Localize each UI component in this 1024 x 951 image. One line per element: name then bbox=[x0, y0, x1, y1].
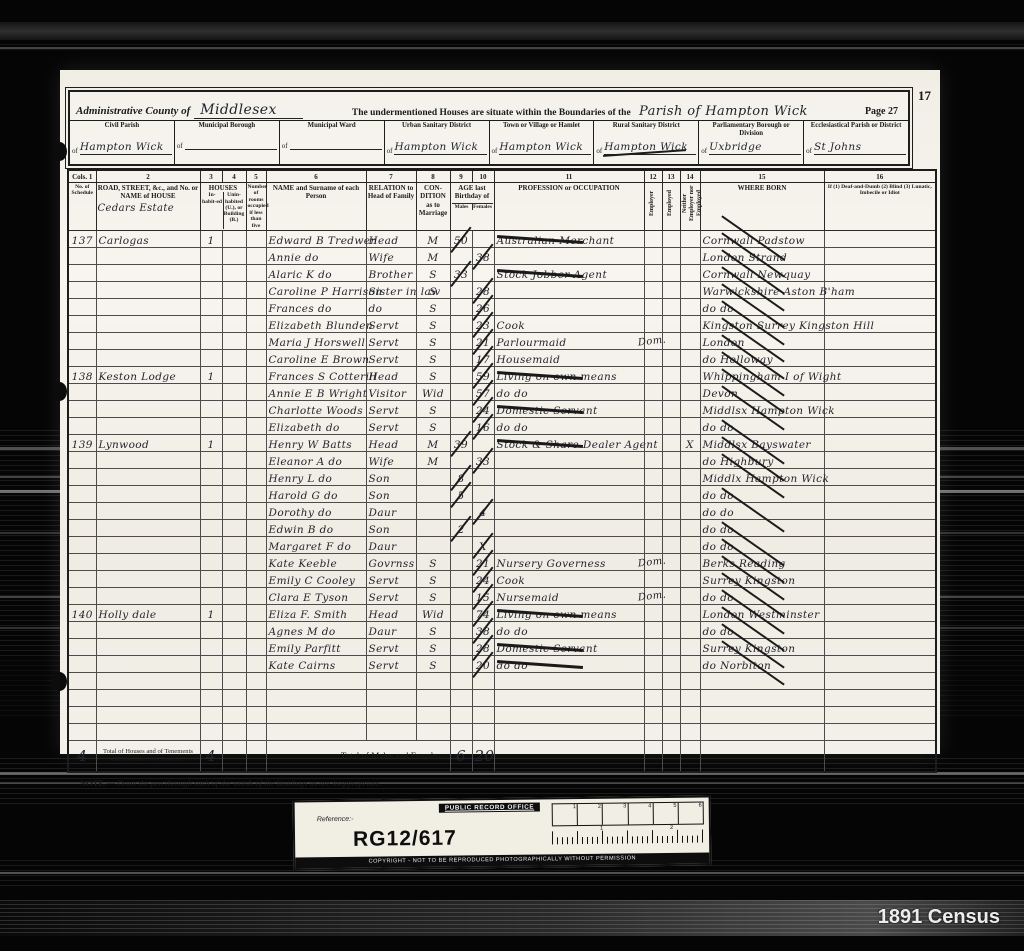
cell-rooms bbox=[246, 298, 266, 315]
column-numbers-row: Cols. 1 2 3 4 5 6 7 8 9 10 11 12 13 14 1… bbox=[68, 170, 936, 183]
cell-uninh bbox=[222, 706, 246, 723]
cell-uninh bbox=[222, 281, 246, 298]
cell-name: Elizabeth do bbox=[266, 417, 366, 434]
cell-rel: Son bbox=[366, 519, 416, 536]
pro-reference-sticker: PUBLIC RECORD OFFICE Reference:- RG12/61… bbox=[293, 795, 712, 870]
admin-county-label: Administrative County of bbox=[76, 105, 190, 117]
cell-uninh bbox=[222, 400, 246, 417]
cell-occ: do do bbox=[494, 621, 644, 638]
cell-born: Cornwall Padstow bbox=[700, 230, 824, 247]
cell-occ: Living on own means bbox=[494, 604, 644, 621]
cell-uninh bbox=[222, 587, 246, 604]
cell-rel: Servt bbox=[366, 570, 416, 587]
cell-empd bbox=[662, 247, 680, 264]
cell-infirm bbox=[824, 723, 936, 740]
cell-uninh bbox=[222, 468, 246, 485]
cell-occ bbox=[494, 298, 644, 315]
cell-house bbox=[96, 298, 200, 315]
cell-cond bbox=[416, 485, 450, 502]
cell-born: do do bbox=[700, 298, 824, 315]
census-row: 140Holly dale1Eliza F. SmithHeadWid74Liv… bbox=[68, 604, 936, 621]
cell-occ: Living on own means bbox=[494, 366, 644, 383]
cell-empd bbox=[662, 723, 680, 740]
cell-house: Carlogas bbox=[96, 230, 200, 247]
cell-occ: Cook bbox=[494, 570, 644, 587]
cell-name: Charlotte Woods bbox=[266, 400, 366, 417]
cell-emp bbox=[644, 519, 662, 536]
folio-number: 17 bbox=[918, 88, 931, 104]
cell-house bbox=[96, 655, 200, 672]
cell-emp bbox=[644, 638, 662, 655]
cell-name: Frances do bbox=[266, 298, 366, 315]
cell-uninh bbox=[222, 485, 246, 502]
cell-inh bbox=[200, 706, 222, 723]
cell-house bbox=[96, 519, 200, 536]
cell-inh bbox=[200, 281, 222, 298]
cell-house bbox=[96, 264, 200, 281]
cell-empd bbox=[662, 298, 680, 315]
cell-occ: Domestic Servant bbox=[494, 400, 644, 417]
census-row: Henry L doSon8Middlx Hampton Wick bbox=[68, 468, 936, 485]
cell-empd bbox=[662, 315, 680, 332]
punch-hole bbox=[52, 382, 67, 401]
cell-am bbox=[450, 655, 472, 672]
cell-born bbox=[700, 706, 824, 723]
cell-infirm bbox=[824, 604, 936, 621]
cell-empd bbox=[662, 451, 680, 468]
cell-cond: S bbox=[416, 638, 450, 655]
cell-infirm bbox=[824, 672, 936, 689]
cell-uninh bbox=[222, 689, 246, 706]
cell-cond: S bbox=[416, 621, 450, 638]
cell-born: do do bbox=[700, 536, 824, 553]
cell-occ bbox=[494, 247, 644, 264]
cell-rooms bbox=[246, 485, 266, 502]
cell-occ: Housemaid bbox=[494, 349, 644, 366]
cell-neither bbox=[680, 502, 700, 519]
cell-af bbox=[472, 689, 494, 706]
cell-rel: Head bbox=[366, 434, 416, 451]
cell-name: Clara E Tyson bbox=[266, 587, 366, 604]
census-row: Maria J HorswellServtS21ParlourmaidDom.L… bbox=[68, 332, 936, 349]
header-houses: HOUSES In-habit-ed Unin-habited (U.), or… bbox=[200, 183, 246, 231]
cell-cond: S bbox=[416, 417, 450, 434]
cell-af: 4 bbox=[472, 502, 494, 519]
cell-name: Annie do bbox=[266, 247, 366, 264]
cell-infirm bbox=[824, 417, 936, 434]
cell-sched bbox=[68, 638, 96, 655]
cell-house bbox=[96, 536, 200, 553]
cell-emp bbox=[644, 672, 662, 689]
cell-cond: S bbox=[416, 264, 450, 281]
cell-inh bbox=[200, 502, 222, 519]
cell-name: Edwin B do bbox=[266, 519, 366, 536]
census-row: Annie doWifeM38London Strand bbox=[68, 247, 936, 264]
cell-neither bbox=[680, 298, 700, 315]
header-rooms: Number of rooms occupied if less than fi… bbox=[246, 183, 266, 231]
census-row: Frances dodoS26do do bbox=[68, 298, 936, 315]
cell-house bbox=[96, 502, 200, 519]
cell-sched bbox=[68, 400, 96, 417]
cell-neither bbox=[680, 383, 700, 400]
cell-rel: Servt bbox=[366, 417, 416, 434]
cell-occ: Nursemaid bbox=[494, 587, 644, 604]
cell-inh bbox=[200, 587, 222, 604]
cell-rooms bbox=[246, 349, 266, 366]
copyright-strip: COPYRIGHT - NOT TO BE REPRODUCED PHOTOGR… bbox=[295, 852, 709, 868]
ruler-ticks: 1 2 bbox=[552, 824, 704, 851]
cell-house bbox=[96, 706, 200, 723]
cell-rel bbox=[366, 689, 416, 706]
cell-empd bbox=[662, 230, 680, 247]
cell-neither bbox=[680, 366, 700, 383]
cell-occ bbox=[494, 519, 644, 536]
totals-males: 6 bbox=[450, 740, 472, 772]
cell-house bbox=[96, 281, 200, 298]
cell-empd bbox=[662, 400, 680, 417]
cell-empd bbox=[662, 332, 680, 349]
cell-sched bbox=[68, 315, 96, 332]
cell-occ: do do bbox=[494, 655, 644, 672]
cell-neither bbox=[680, 553, 700, 570]
cell-born: Surrey Kingston bbox=[700, 570, 824, 587]
cell-rooms bbox=[246, 400, 266, 417]
cell-occ bbox=[494, 689, 644, 706]
cell-rel: Daur bbox=[366, 621, 416, 638]
cell-infirm bbox=[824, 638, 936, 655]
cell-emp bbox=[644, 706, 662, 723]
census-row: 137Carlogas1Edward B TredwenHeadM50Austr… bbox=[68, 230, 936, 247]
header-schedule: No. of Schedule bbox=[68, 183, 96, 231]
cell-sched bbox=[68, 502, 96, 519]
census-row: Emily ParfittServtS28Domestic ServantSur… bbox=[68, 638, 936, 655]
reference-number: RG12/617 bbox=[353, 827, 457, 852]
cell-empd bbox=[662, 281, 680, 298]
cell-name: Kate Keeble bbox=[266, 553, 366, 570]
cell-rooms bbox=[246, 468, 266, 485]
cell-name: Eliza F. Smith bbox=[266, 604, 366, 621]
cell-empd bbox=[662, 502, 680, 519]
cell-rooms bbox=[246, 366, 266, 383]
cell-empd bbox=[662, 655, 680, 672]
cell-empd bbox=[662, 570, 680, 587]
cell-neither bbox=[680, 230, 700, 247]
cell-inh bbox=[200, 570, 222, 587]
cell-house bbox=[96, 332, 200, 349]
cell-neither: X bbox=[680, 434, 700, 451]
cell-empd bbox=[662, 383, 680, 400]
header-neither: Neither Employer nor Employed bbox=[680, 183, 700, 231]
cell-inh: 1 bbox=[200, 230, 222, 247]
cell-am: 39 bbox=[450, 434, 472, 451]
cell-infirm bbox=[824, 689, 936, 706]
cell-inh bbox=[200, 672, 222, 689]
cell-infirm bbox=[824, 451, 936, 468]
cell-house bbox=[96, 587, 200, 604]
cell-born: Middlsx Hampton Wick bbox=[700, 400, 824, 417]
cell-born: do do bbox=[700, 587, 824, 604]
cell-uninh bbox=[222, 298, 246, 315]
cell-infirm bbox=[824, 587, 936, 604]
census-row: Emily C CooleyServtS24CookSurrey Kingsto… bbox=[68, 570, 936, 587]
cell-emp bbox=[644, 264, 662, 281]
cell-sched: 137 bbox=[68, 230, 96, 247]
cell-house bbox=[96, 383, 200, 400]
cell-neither bbox=[680, 264, 700, 281]
cell-inh bbox=[200, 298, 222, 315]
census-page: 17 Administrative County of Middlesex Th… bbox=[60, 70, 940, 754]
cell-rel: Head bbox=[366, 230, 416, 247]
cell-name: Alaric K do bbox=[266, 264, 366, 281]
film-streaks bbox=[0, 44, 1024, 54]
cell-am bbox=[450, 332, 472, 349]
cell-cond: S bbox=[416, 570, 450, 587]
form-header: Administrative County of Middlesex The u… bbox=[68, 90, 910, 166]
cell-uninh bbox=[222, 434, 246, 451]
cell-infirm bbox=[824, 655, 936, 672]
page-label: Page 27 bbox=[857, 106, 902, 119]
cell-rel: Head bbox=[366, 604, 416, 621]
cell-house bbox=[96, 638, 200, 655]
cell-am bbox=[450, 689, 472, 706]
cell-born: do do bbox=[700, 519, 824, 536]
cell-occ: do do bbox=[494, 383, 644, 400]
cell-emp bbox=[644, 536, 662, 553]
cell-sched bbox=[68, 587, 96, 604]
cell-house bbox=[96, 400, 200, 417]
cell-emp bbox=[644, 434, 662, 451]
cell-rel: Servt bbox=[366, 349, 416, 366]
cell-emp: Dom. bbox=[644, 587, 662, 604]
cell-am bbox=[450, 570, 472, 587]
district-urban-sanitary: Urban Sanitary District ofHampton Wick bbox=[384, 121, 489, 164]
cell-cond: S bbox=[416, 553, 450, 570]
census-row: Alaric K doBrotherS33Stock Jobber AgentC… bbox=[68, 264, 936, 281]
cell-rel: Son bbox=[366, 485, 416, 502]
cell-born bbox=[700, 672, 824, 689]
census-row: Charlotte WoodsServtS24Domestic ServantM… bbox=[68, 400, 936, 417]
census-row: Caroline P HarrisonSister in lawS28Warwi… bbox=[68, 281, 936, 298]
cell-name: Emily Parfitt bbox=[266, 638, 366, 655]
cell-uninh bbox=[222, 247, 246, 264]
cell-neither bbox=[680, 281, 700, 298]
cell-name bbox=[266, 689, 366, 706]
header-employer: Employer bbox=[644, 183, 662, 231]
cell-born: London Strand bbox=[700, 247, 824, 264]
cell-cond: Wid bbox=[416, 604, 450, 621]
cell-name: Emily C Cooley bbox=[266, 570, 366, 587]
cell-cond bbox=[416, 723, 450, 740]
cell-sched bbox=[68, 468, 96, 485]
admin-county-row: Administrative County of Middlesex The u… bbox=[70, 92, 908, 120]
cell-inh bbox=[200, 451, 222, 468]
district-header-row: Civil Parish ofHampton Wick Municipal Bo… bbox=[70, 120, 908, 164]
admin-county-value: Middlesex bbox=[194, 102, 302, 119]
cell-born: do do bbox=[700, 417, 824, 434]
cell-rel: Servt bbox=[366, 315, 416, 332]
cell-emp bbox=[644, 485, 662, 502]
cell-empd bbox=[662, 264, 680, 281]
cell-af bbox=[472, 723, 494, 740]
district-town-village: Town or Village or Hamlet ofHampton Wick bbox=[489, 121, 594, 164]
cell-am bbox=[450, 587, 472, 604]
cell-name bbox=[266, 706, 366, 723]
cell-born: Devon bbox=[700, 383, 824, 400]
cell-empd bbox=[662, 468, 680, 485]
cell-occ: Stock Jobber Agent bbox=[494, 264, 644, 281]
cell-am bbox=[450, 553, 472, 570]
cell-occ: Domestic Servant bbox=[494, 638, 644, 655]
cell-sched bbox=[68, 264, 96, 281]
cell-uninh bbox=[222, 383, 246, 400]
cell-born: London bbox=[700, 332, 824, 349]
cell-inh: 1 bbox=[200, 604, 222, 621]
cell-uninh bbox=[222, 519, 246, 536]
cell-am bbox=[450, 621, 472, 638]
cell-am bbox=[450, 315, 472, 332]
district-municipal-borough: Municipal Borough of bbox=[174, 121, 279, 164]
cell-infirm bbox=[824, 281, 936, 298]
cell-rel: Brother bbox=[366, 264, 416, 281]
cell-cond: S bbox=[416, 587, 450, 604]
cell-rel: Servt bbox=[366, 400, 416, 417]
cell-occ bbox=[494, 485, 644, 502]
cell-cond: S bbox=[416, 400, 450, 417]
cell-uninh bbox=[222, 451, 246, 468]
cell-neither bbox=[680, 621, 700, 638]
totals-houses-value: 4 bbox=[200, 740, 222, 772]
census-row: Caroline E BrownServtS17Housemaiddo Holl… bbox=[68, 349, 936, 366]
cell-infirm bbox=[824, 332, 936, 349]
cell-house bbox=[96, 315, 200, 332]
cell-inh bbox=[200, 468, 222, 485]
cell-rooms bbox=[246, 655, 266, 672]
cell-emp bbox=[644, 349, 662, 366]
cell-rooms bbox=[246, 536, 266, 553]
cell-cond: M bbox=[416, 230, 450, 247]
cell-inh bbox=[200, 519, 222, 536]
boundary-statement: The undermentioned Houses are situate wi… bbox=[352, 108, 631, 118]
cell-uninh bbox=[222, 604, 246, 621]
cell-house bbox=[96, 247, 200, 264]
cell-sched bbox=[68, 298, 96, 315]
cell-infirm bbox=[824, 230, 936, 247]
cell-emp bbox=[644, 315, 662, 332]
cell-am: 33 bbox=[450, 264, 472, 281]
cell-rel: Wife bbox=[366, 247, 416, 264]
totals-houses-label: Total of Houses and of Tenements with le… bbox=[96, 740, 200, 772]
cell-sched bbox=[68, 689, 96, 706]
cell-rooms bbox=[246, 383, 266, 400]
cell-rel bbox=[366, 672, 416, 689]
cell-house bbox=[96, 672, 200, 689]
cell-sched bbox=[68, 332, 96, 349]
district-civil-parish: Civil Parish ofHampton Wick bbox=[70, 121, 174, 164]
cell-inh bbox=[200, 383, 222, 400]
cell-house bbox=[96, 621, 200, 638]
cell-rel: Visitor bbox=[366, 383, 416, 400]
cell-neither bbox=[680, 655, 700, 672]
cell-neither bbox=[680, 570, 700, 587]
cell-rel bbox=[366, 723, 416, 740]
cell-emp: Dom. bbox=[644, 553, 662, 570]
cell-sched bbox=[68, 417, 96, 434]
cell-empd bbox=[662, 706, 680, 723]
cell-infirm bbox=[824, 621, 936, 638]
cell-rel: Sister in law bbox=[366, 281, 416, 298]
cell-occ bbox=[494, 706, 644, 723]
cell-occ bbox=[494, 468, 644, 485]
cell-inh bbox=[200, 247, 222, 264]
cell-neither bbox=[680, 468, 700, 485]
boundary-value: Parish of Hampton Wick bbox=[639, 104, 808, 119]
cell-uninh bbox=[222, 349, 246, 366]
cell-rooms bbox=[246, 417, 266, 434]
cell-name: Henry L do bbox=[266, 468, 366, 485]
cell-neither bbox=[680, 332, 700, 349]
cell-occ bbox=[494, 502, 644, 519]
cell-rel: Daur bbox=[366, 536, 416, 553]
cell-sched bbox=[68, 706, 96, 723]
cell-sched bbox=[68, 247, 96, 264]
header-road: ROAD, STREET, &c., and No. or NAME of HO… bbox=[96, 183, 200, 231]
cell-born: do do bbox=[700, 621, 824, 638]
cell-cond: M bbox=[416, 434, 450, 451]
cell-occ bbox=[494, 451, 644, 468]
census-row: Kate KeebleGovrnssS21Nursery GovernessDo… bbox=[68, 553, 936, 570]
cell-rel: Servt bbox=[366, 332, 416, 349]
cell-born: do do bbox=[700, 502, 824, 519]
cell-cond: Wid bbox=[416, 383, 450, 400]
cell-sched bbox=[68, 485, 96, 502]
cell-uninh bbox=[222, 621, 246, 638]
cell-name: Harold G do bbox=[266, 485, 366, 502]
cell-cond: S bbox=[416, 332, 450, 349]
cell-infirm bbox=[824, 366, 936, 383]
cell-am bbox=[450, 638, 472, 655]
cell-emp bbox=[644, 570, 662, 587]
cell-sched bbox=[68, 349, 96, 366]
cell-emp bbox=[644, 689, 662, 706]
cell-emp bbox=[644, 383, 662, 400]
header-age: AGE last Birthday of Males Females bbox=[450, 183, 494, 231]
cell-sched bbox=[68, 723, 96, 740]
cell-inh bbox=[200, 264, 222, 281]
cell-empd bbox=[662, 417, 680, 434]
road-handwriting: Cedars Estate bbox=[98, 203, 199, 215]
column-headers-row: No. of Schedule ROAD, STREET, &c., and N… bbox=[68, 183, 936, 231]
cell-empd bbox=[662, 553, 680, 570]
cell-uninh bbox=[222, 315, 246, 332]
cell-rooms bbox=[246, 264, 266, 281]
cell-cond bbox=[416, 672, 450, 689]
cell-uninh bbox=[222, 417, 246, 434]
cell-empd bbox=[662, 519, 680, 536]
cell-house bbox=[96, 723, 200, 740]
cell-neither bbox=[680, 587, 700, 604]
cell-house: Holly dale bbox=[96, 604, 200, 621]
cell-uninh bbox=[222, 366, 246, 383]
cell-sched bbox=[68, 621, 96, 638]
cell-inh bbox=[200, 315, 222, 332]
cell-occ bbox=[494, 723, 644, 740]
totals-row: 4 Total of Houses and of Tenements with … bbox=[68, 740, 936, 772]
cell-neither bbox=[680, 638, 700, 655]
cell-empd bbox=[662, 689, 680, 706]
film-scratch bbox=[0, 47, 1024, 49]
cell-af: 33 bbox=[472, 451, 494, 468]
census-row bbox=[68, 723, 936, 740]
